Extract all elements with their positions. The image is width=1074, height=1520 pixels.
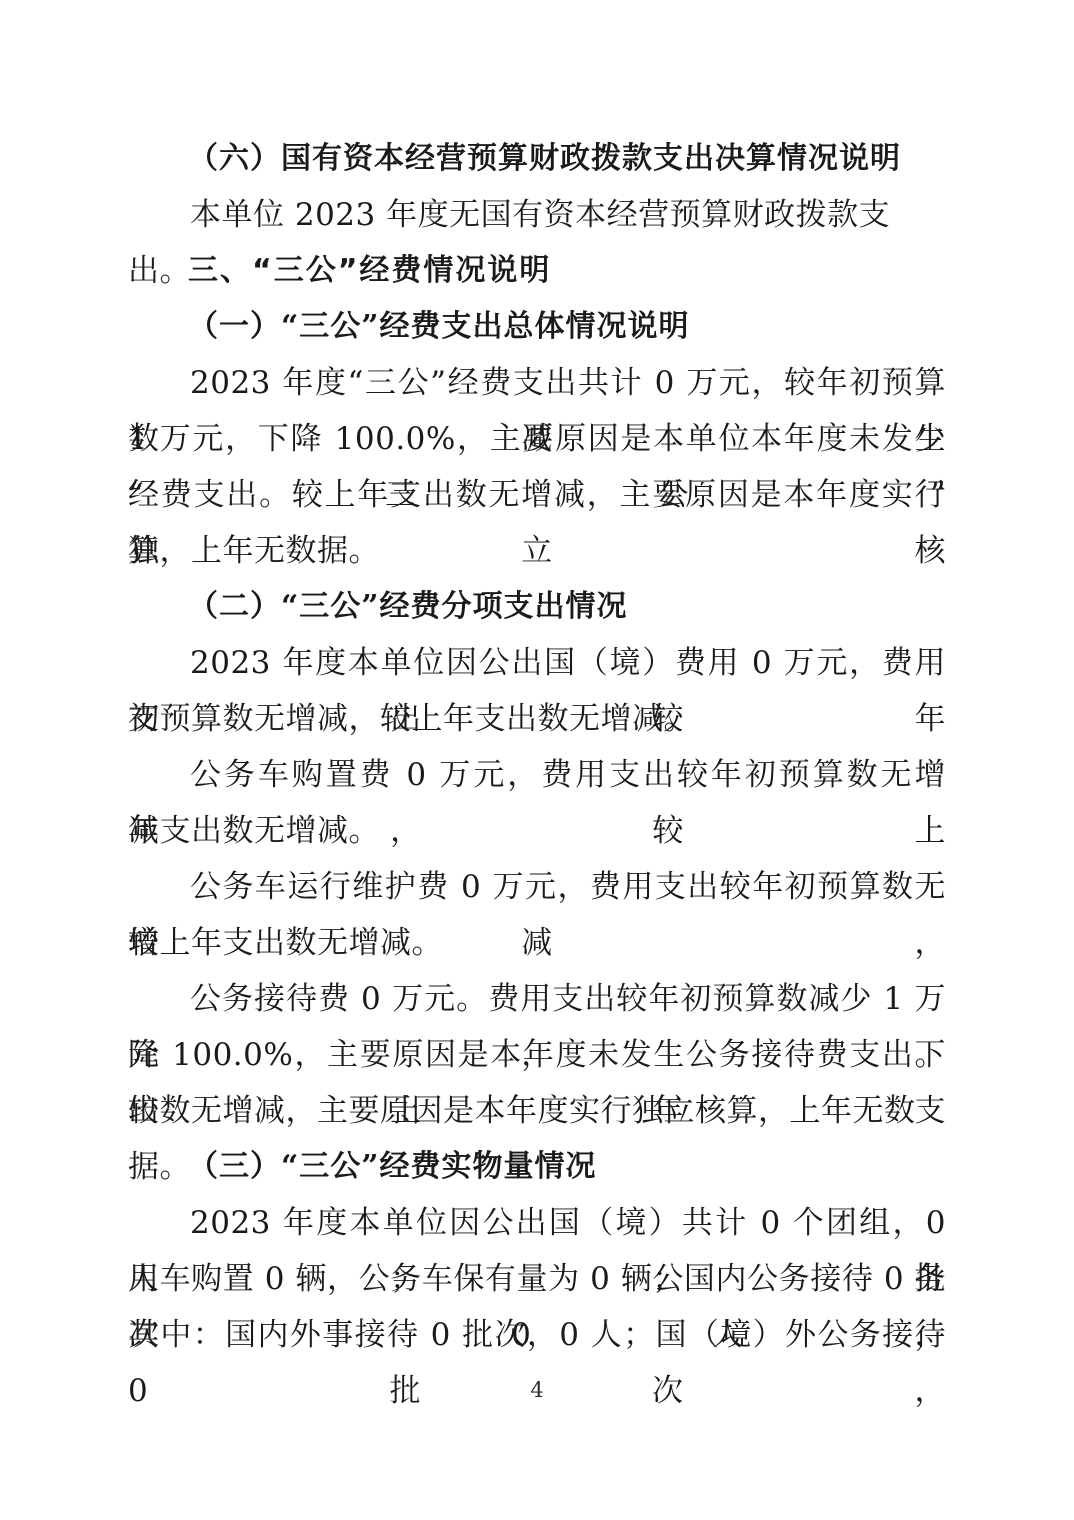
paragraph-line: 公务车运行维护费 0 万元，费用支出较年初预算数无增减， <box>128 859 946 915</box>
paragraph-line: 1 万元，下降 100.0%，主要原因是本单位本年度未发生“三公” <box>128 411 946 467</box>
section-heading: （一）“三公”经费支出总体情况说明 <box>128 299 946 355</box>
section-heading: （二）“三公”经费分项支出情况 <box>128 579 946 635</box>
paragraph-line: 本单位 2023 年度无国有资本经营预算财政拨款支出。 <box>128 187 946 243</box>
paragraph-line: 公务接待费 0 万元。费用支出较年初预算数减少 1 万元，下 <box>128 971 946 1027</box>
paragraph-line: 降 100.0%，主要原因是本年度未发生公务接待费支出。较上年支 <box>128 1027 946 1083</box>
paragraph-line: 公务车购置费 0 万元，费用支出较年初预算数无增减，较上 <box>128 747 946 803</box>
page-number: 4 <box>0 1378 1074 1402</box>
section-heading: （三）“三公”经费实物量情况 <box>128 1139 946 1195</box>
document-content: （六）国有资本经营预算财政拨款支出决算情况说明本单位 2023 年度无国有资本经… <box>128 131 946 1363</box>
section-heading: （六）国有资本经营预算财政拨款支出决算情况说明 <box>128 131 946 187</box>
paragraph-line: 出数无增减，主要原因是本年度实行独立核算，上年无数据。 <box>128 1083 946 1139</box>
paragraph-line: 2023 年度本单位因公出国（境）费用 0 万元，费用支出较年 <box>128 635 946 691</box>
paragraph-line: 其中：国内外事接待 0 批次，0 人；国（境）外公务接待 0 批次， <box>128 1307 946 1363</box>
section-heading: 三、“三公”经费情况说明 <box>128 243 946 299</box>
paragraph-line: 2023 年度本单位因公出国（境）共计 0 个团组，0 人；公务 <box>128 1195 946 1251</box>
paragraph-line: 经费支出。较上年支出数无增减，主要原因是本年度实行独立核 <box>128 467 946 523</box>
paragraph-line: 用车购置 0 辆，公务车保有量为 0 辆；国内公务接待 0 批次 0 人， <box>128 1251 946 1307</box>
paragraph-line: 2023 年度“三公”经费支出共计 0 万元，较年初预算数减少 <box>128 355 946 411</box>
document-page: （六）国有资本经营预算财政拨款支出决算情况说明本单位 2023 年度无国有资本经… <box>0 0 1074 1520</box>
